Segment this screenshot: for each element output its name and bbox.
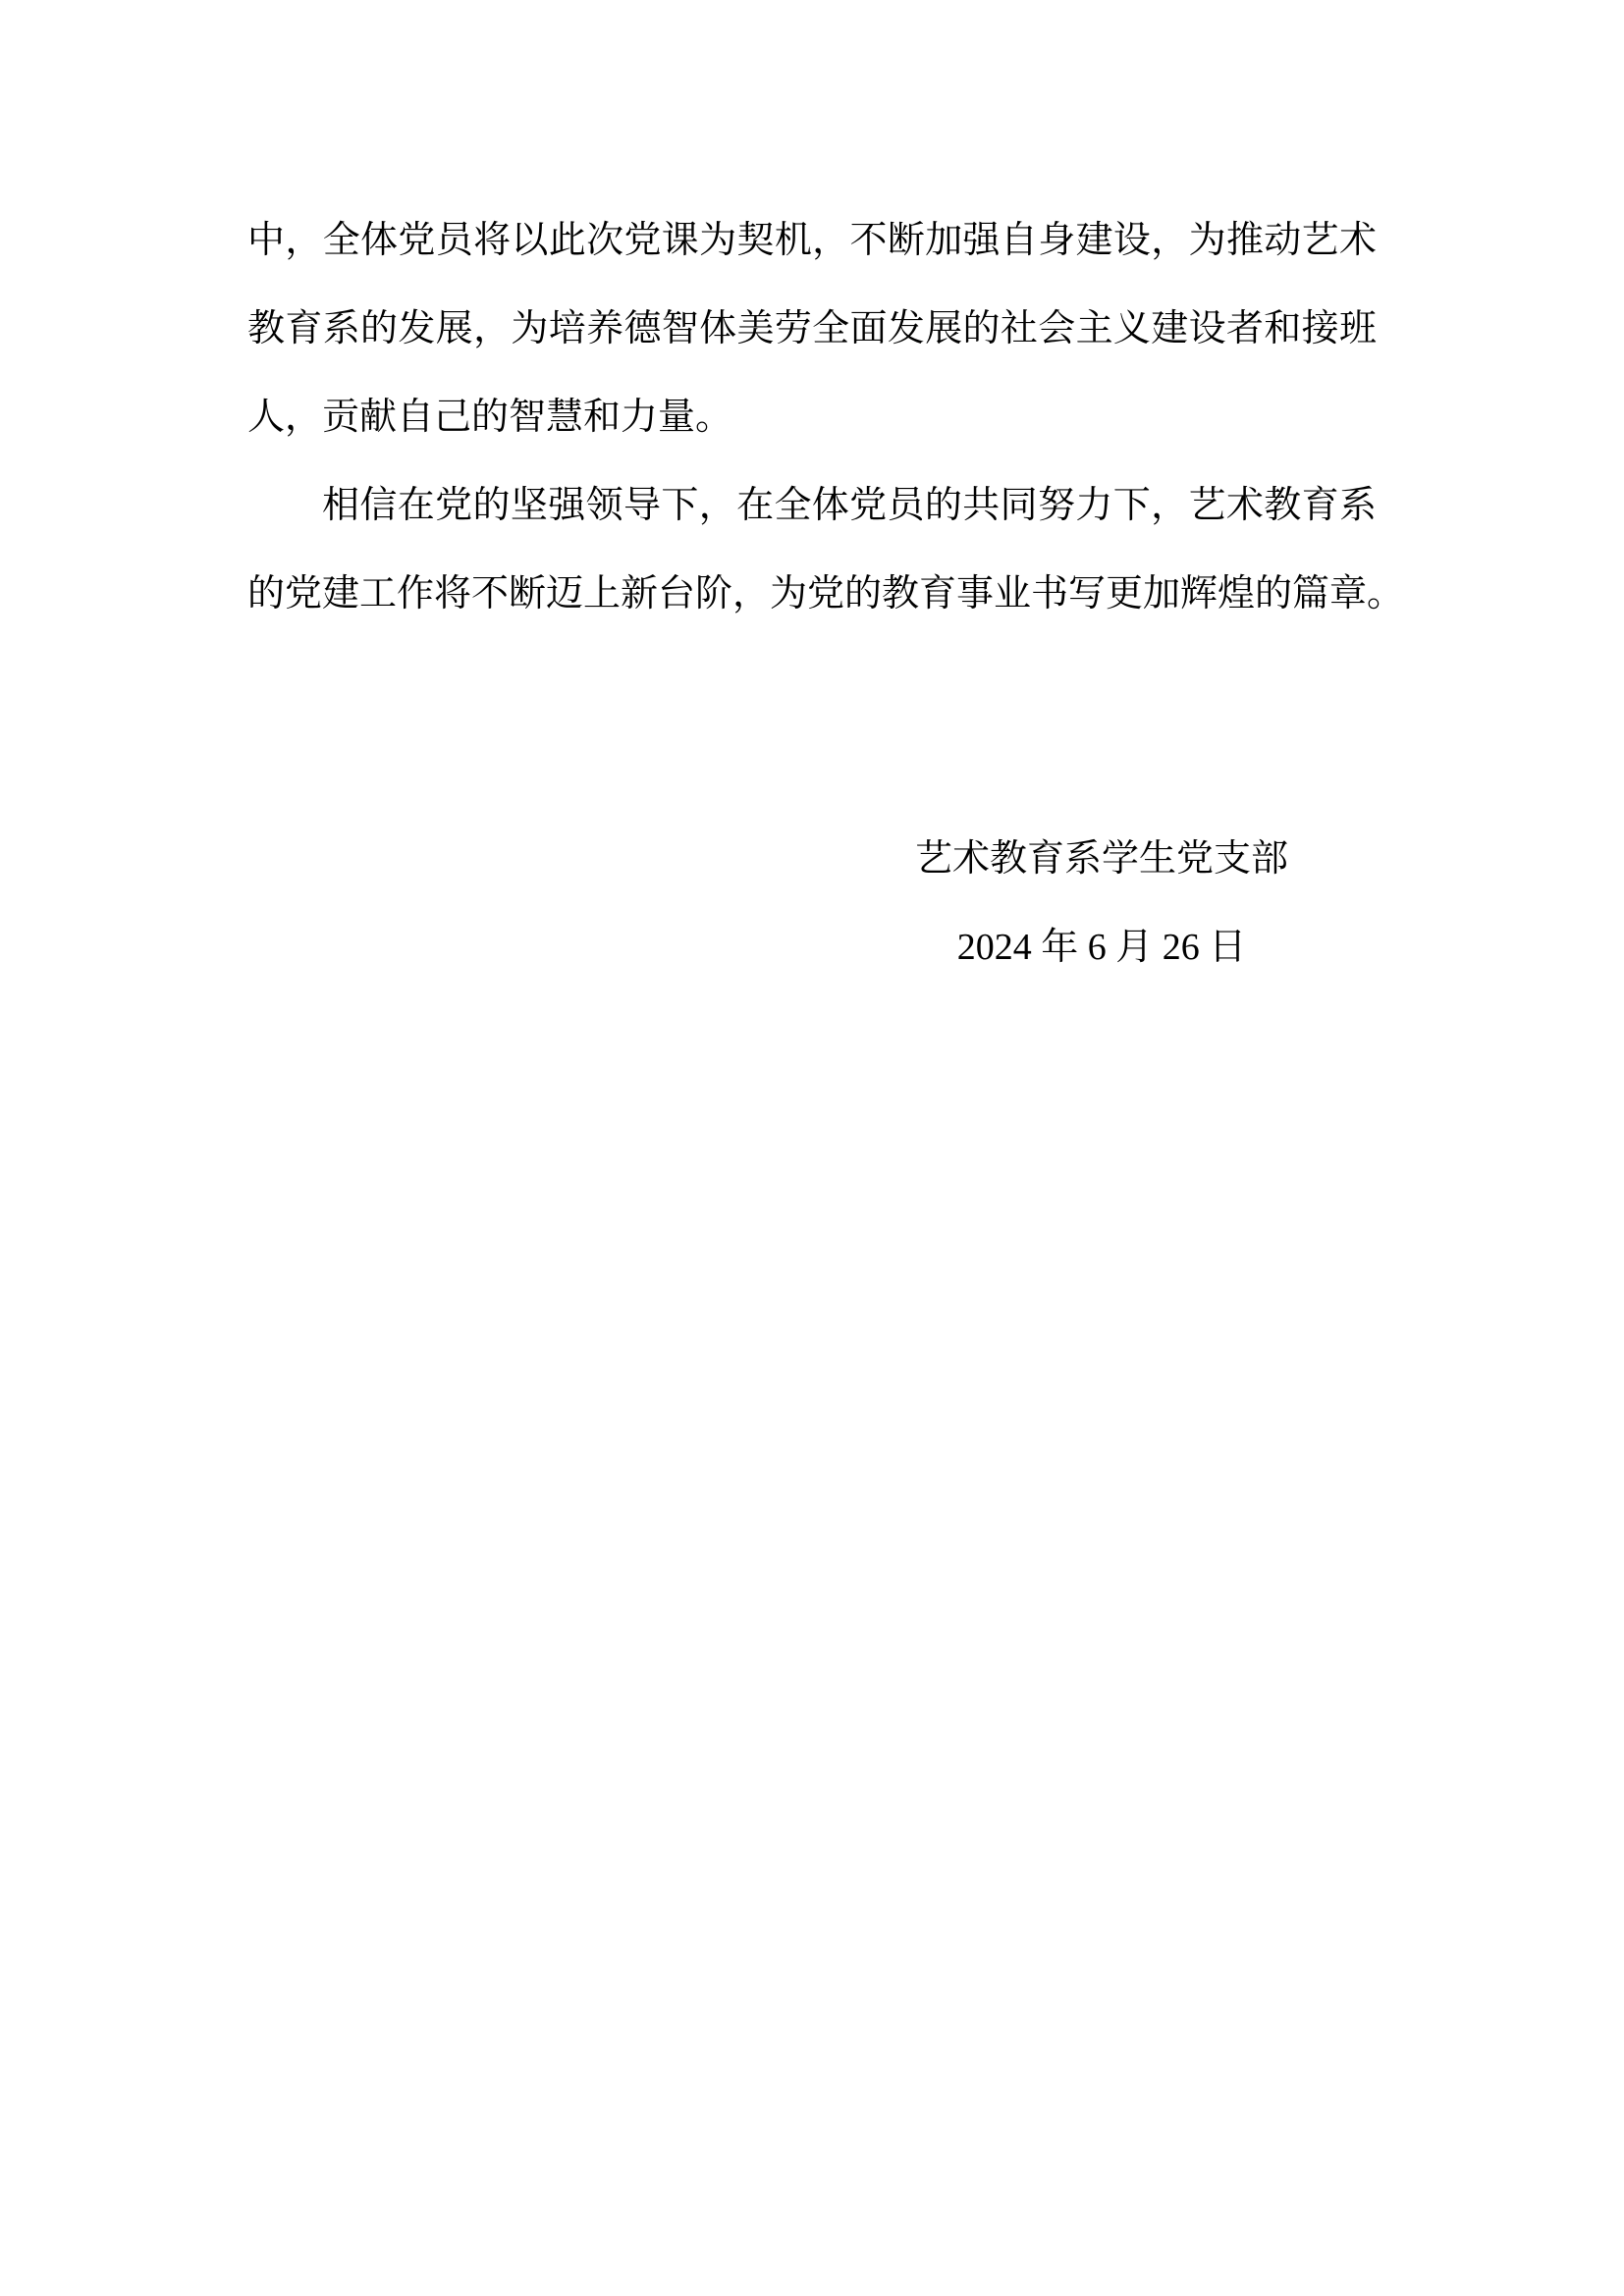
signature-line: 艺术教育系学生党支部 — [827, 815, 1377, 903]
paragraph-line: 人，贡献自己的智慧和力量。 — [247, 373, 1377, 461]
date-line: 2024 年 6 月 26 日 — [827, 903, 1377, 991]
document-body: 中，全体党员将以此次党课为契机，不断加强自身建设，为推动艺术 教育系的发展，为培… — [247, 196, 1377, 991]
document-page: 中，全体党员将以此次党课为契机，不断加强自身建设，为推动艺术 教育系的发展，为培… — [0, 0, 1624, 2296]
paragraph-line: 相信在党的坚强领导下，在全体党员的共同努力下，艺术教育系 — [247, 461, 1377, 550]
paragraph-line: 教育系的发展，为培养德智体美劳全面发展的社会主义建设者和接班 — [247, 285, 1377, 373]
paragraph-line: 中，全体党员将以此次党课为契机，不断加强自身建设，为推动艺术 — [247, 196, 1377, 285]
paragraph-line: 的党建工作将不断迈上新台阶，为党的教育事业书写更加辉煌的篇章。 — [247, 550, 1377, 638]
paragraph-1: 中，全体党员将以此次党课为契机，不断加强自身建设，为推动艺术 教育系的发展，为培… — [247, 196, 1377, 461]
paragraph-2: 相信在党的坚强领导下，在全体党员的共同努力下，艺术教育系 的党建工作将不断迈上新… — [247, 461, 1377, 638]
signature-block: 艺术教育系学生党支部 2024 年 6 月 26 日 — [827, 815, 1377, 991]
